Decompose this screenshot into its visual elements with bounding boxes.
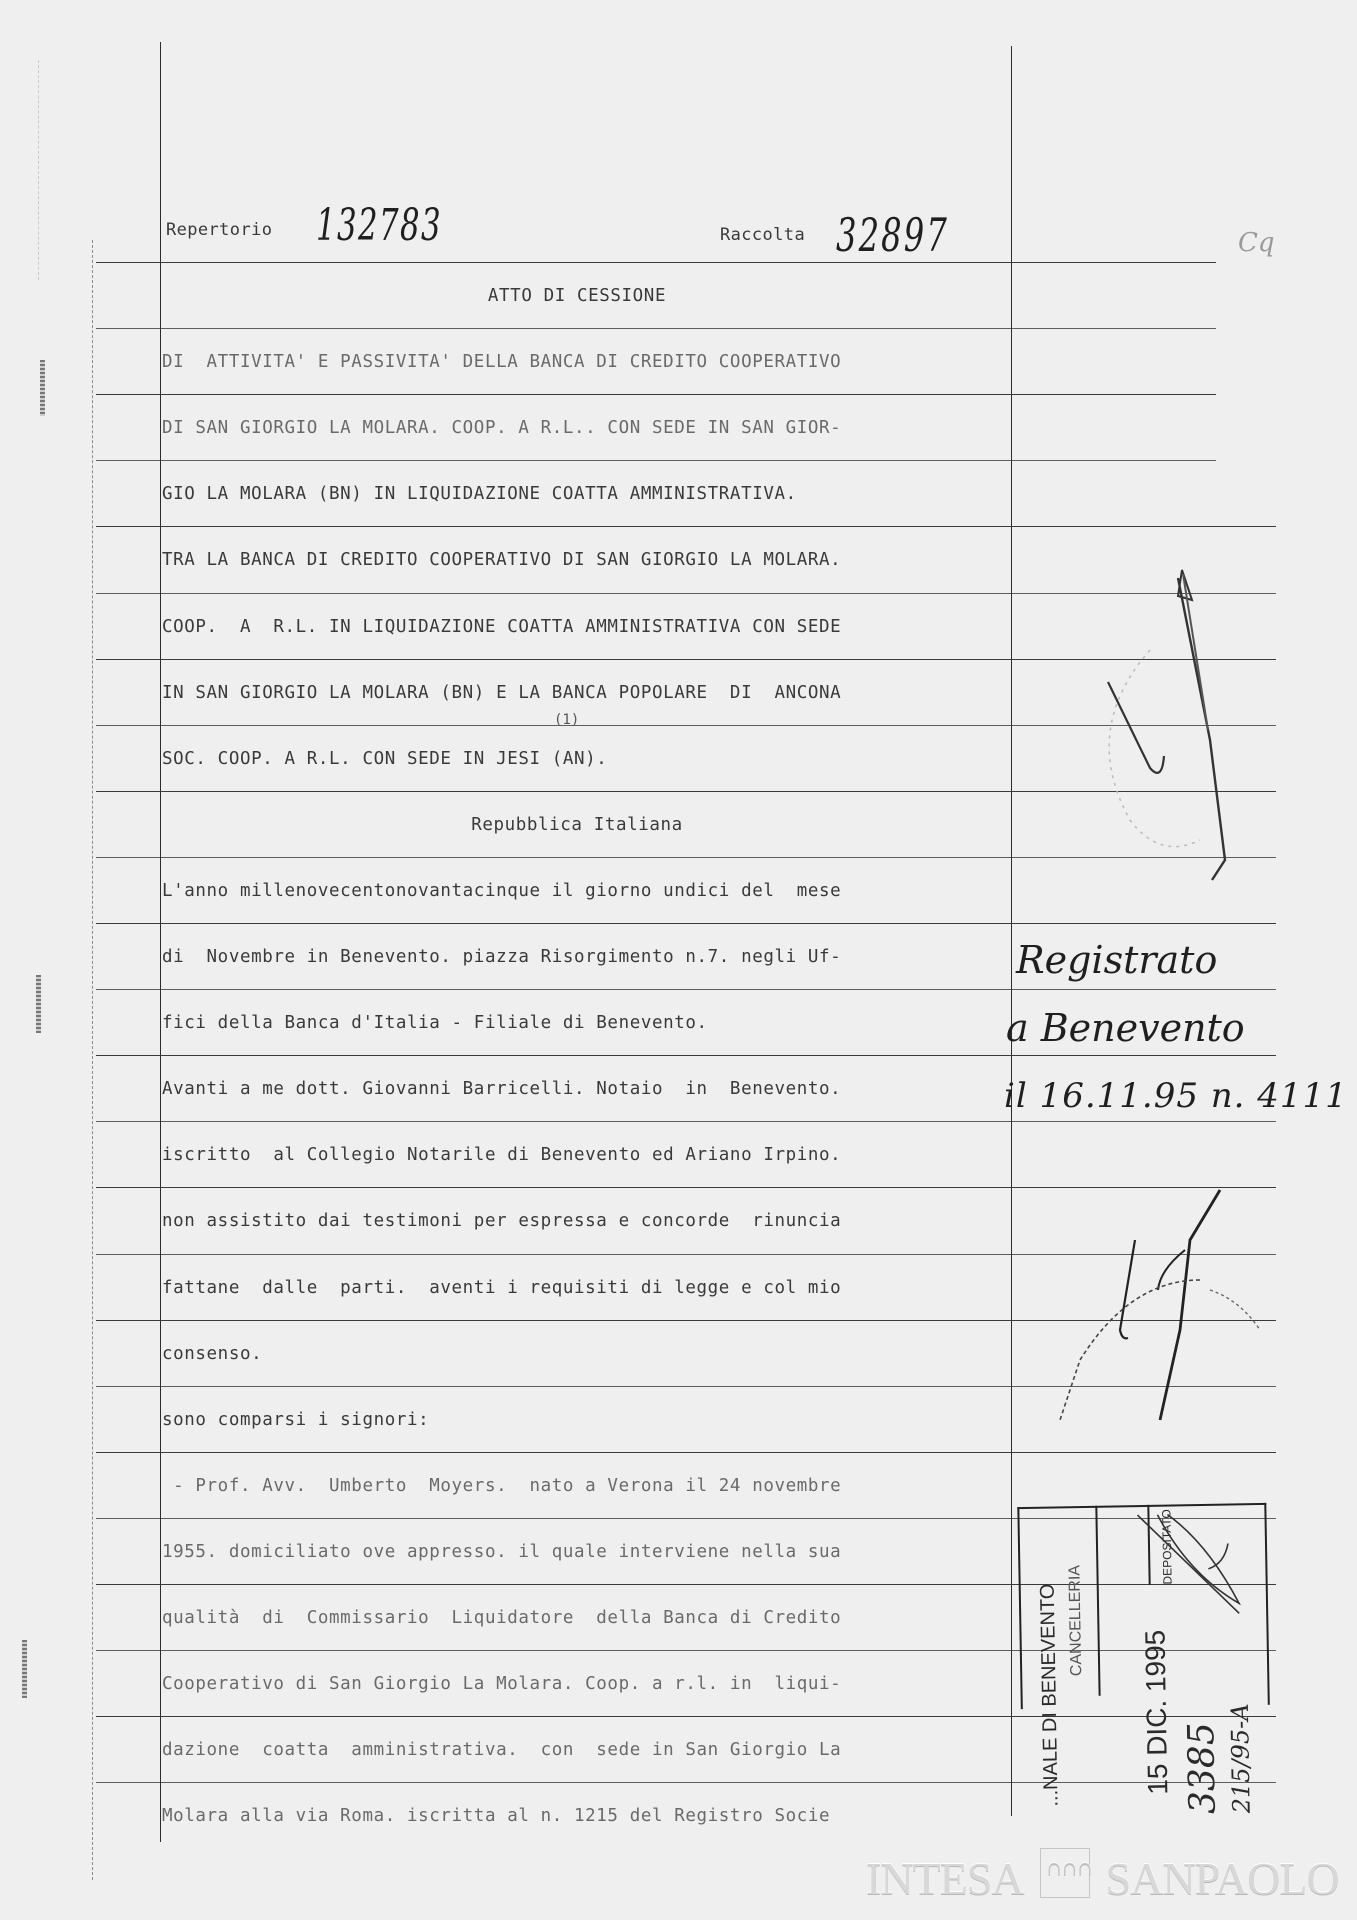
raccolta-label: Raccolta (720, 225, 805, 245)
logo-left-text: INTESA (866, 1853, 1024, 1904)
deed-line: GIO LA MOLARA (BN) IN LIQUIDAZIONE COATT… (162, 482, 992, 506)
deed-line: fici della Banca d'Italia - Filiale di B… (162, 1011, 992, 1035)
deed-line: iscritto al Collegio Notarile di Beneven… (162, 1143, 992, 1167)
bank-watermark-logo: INTESASANPAOLO (866, 1848, 1339, 1905)
court-stamp: ...NALE DI BENEVENTO CANCELLERIA 15 DIC.… (1017, 1503, 1267, 1817)
deed-line: qualità di Commissario Liquidatore della… (162, 1606, 992, 1630)
ruled-line (96, 394, 1216, 395)
outer-left-rule (92, 240, 93, 1880)
deed-line: Cooperativo di San Giorgio La Molara. Co… (162, 1672, 992, 1696)
signature-upper (1090, 560, 1310, 890)
ruled-line (96, 460, 1216, 461)
deed-line: non assistito dai testimoni per espressa… (162, 1209, 992, 1233)
deed-line: consenso. (162, 1342, 992, 1366)
corner-mark: Cq (1238, 228, 1275, 258)
deed-line: SOC. COOP. A R.L. CON SEDE IN JESI (AN). (162, 747, 992, 771)
deed-line: DI ATTIVITA' E PASSIVITA' DELLA BANCA DI… (162, 350, 992, 374)
binding-mark (40, 360, 45, 416)
ruled-line (96, 1452, 1276, 1453)
registration-note-line3: il 16.11.95 n. 4111 (1004, 1076, 1348, 1116)
deed-line: COOP. A R.L. IN LIQUIDAZIONE COATTA AMMI… (162, 615, 992, 639)
binding-mark (36, 975, 41, 1033)
repertorio-label: Repertorio (166, 220, 272, 240)
deed-line: - Prof. Avv. Umberto Moyers. nato a Vero… (162, 1474, 992, 1498)
logo-right-text: SANPAOLO (1106, 1853, 1339, 1904)
section-heading: Repubblica Italiana (162, 813, 992, 837)
binding-mark (22, 1640, 27, 1698)
deed-line: Molara alla via Roma. iscritta al n. 121… (162, 1804, 992, 1828)
right-margin-rule (1011, 46, 1012, 1816)
deed-line: dazione coatta amministrativa. con sede … (162, 1738, 992, 1762)
raccolta-number: 32897 (836, 208, 949, 262)
bridge-icon (1040, 1848, 1090, 1898)
deed-line: di Novembre in Benevento. piazza Risorgi… (162, 945, 992, 969)
deed-line: fattane dalle parti. aventi i requisiti … (162, 1276, 992, 1300)
deed-line: TRA LA BANCA DI CREDITO COOPERATIVO DI S… (162, 548, 992, 572)
repertorio-number: 132783 (316, 200, 442, 251)
footnote-mark: (1) (554, 712, 579, 728)
notarial-deed-page: Repertorio 132783 Raccolta 32897 ATTO DI… (0, 0, 1357, 1920)
registration-note-line1: Registrato (1016, 938, 1217, 982)
stamp-office: CANCELLERIA (1066, 1565, 1086, 1676)
stamp-date: 15 DIC. 1995 (1139, 1629, 1174, 1795)
deed-line: L'anno millenovecentonovantacinque il gi… (162, 879, 992, 903)
signature-lower (1040, 1180, 1260, 1440)
ruled-line (96, 262, 1216, 263)
ruled-line (96, 1121, 1276, 1122)
deed-line: Avanti a me dott. Giovanni Barricelli. N… (162, 1077, 992, 1101)
deed-line: sono comparsi i signori: (162, 1408, 992, 1432)
registration-note-line2: a Benevento (1006, 1006, 1245, 1050)
ruled-line (96, 328, 1216, 329)
outer-left-edge (38, 60, 39, 280)
ruled-line (96, 989, 1276, 990)
stamp-court-name: ...NALE DI BENEVENTO (1037, 1583, 1064, 1806)
left-margin-rule (160, 42, 161, 1842)
ruled-line (96, 1055, 1276, 1056)
stamp-number: 3385 (1181, 1722, 1224, 1814)
deed-line: 1955. domiciliato ove appresso. il quale… (162, 1540, 992, 1564)
deed-line: IN SAN GIORGIO LA MOLARA (BN) E LA BANCA… (162, 681, 992, 705)
stamp-reference: 215/95-A (1226, 1703, 1256, 1813)
ruled-line (96, 526, 1276, 527)
ruled-line (96, 923, 1276, 924)
section-heading: ATTO DI CESSIONE (162, 284, 992, 308)
deed-line: DI SAN GIORGIO LA MOLARA. COOP. A R.L.. … (162, 416, 992, 440)
stamp-signature (1127, 1503, 1249, 1645)
